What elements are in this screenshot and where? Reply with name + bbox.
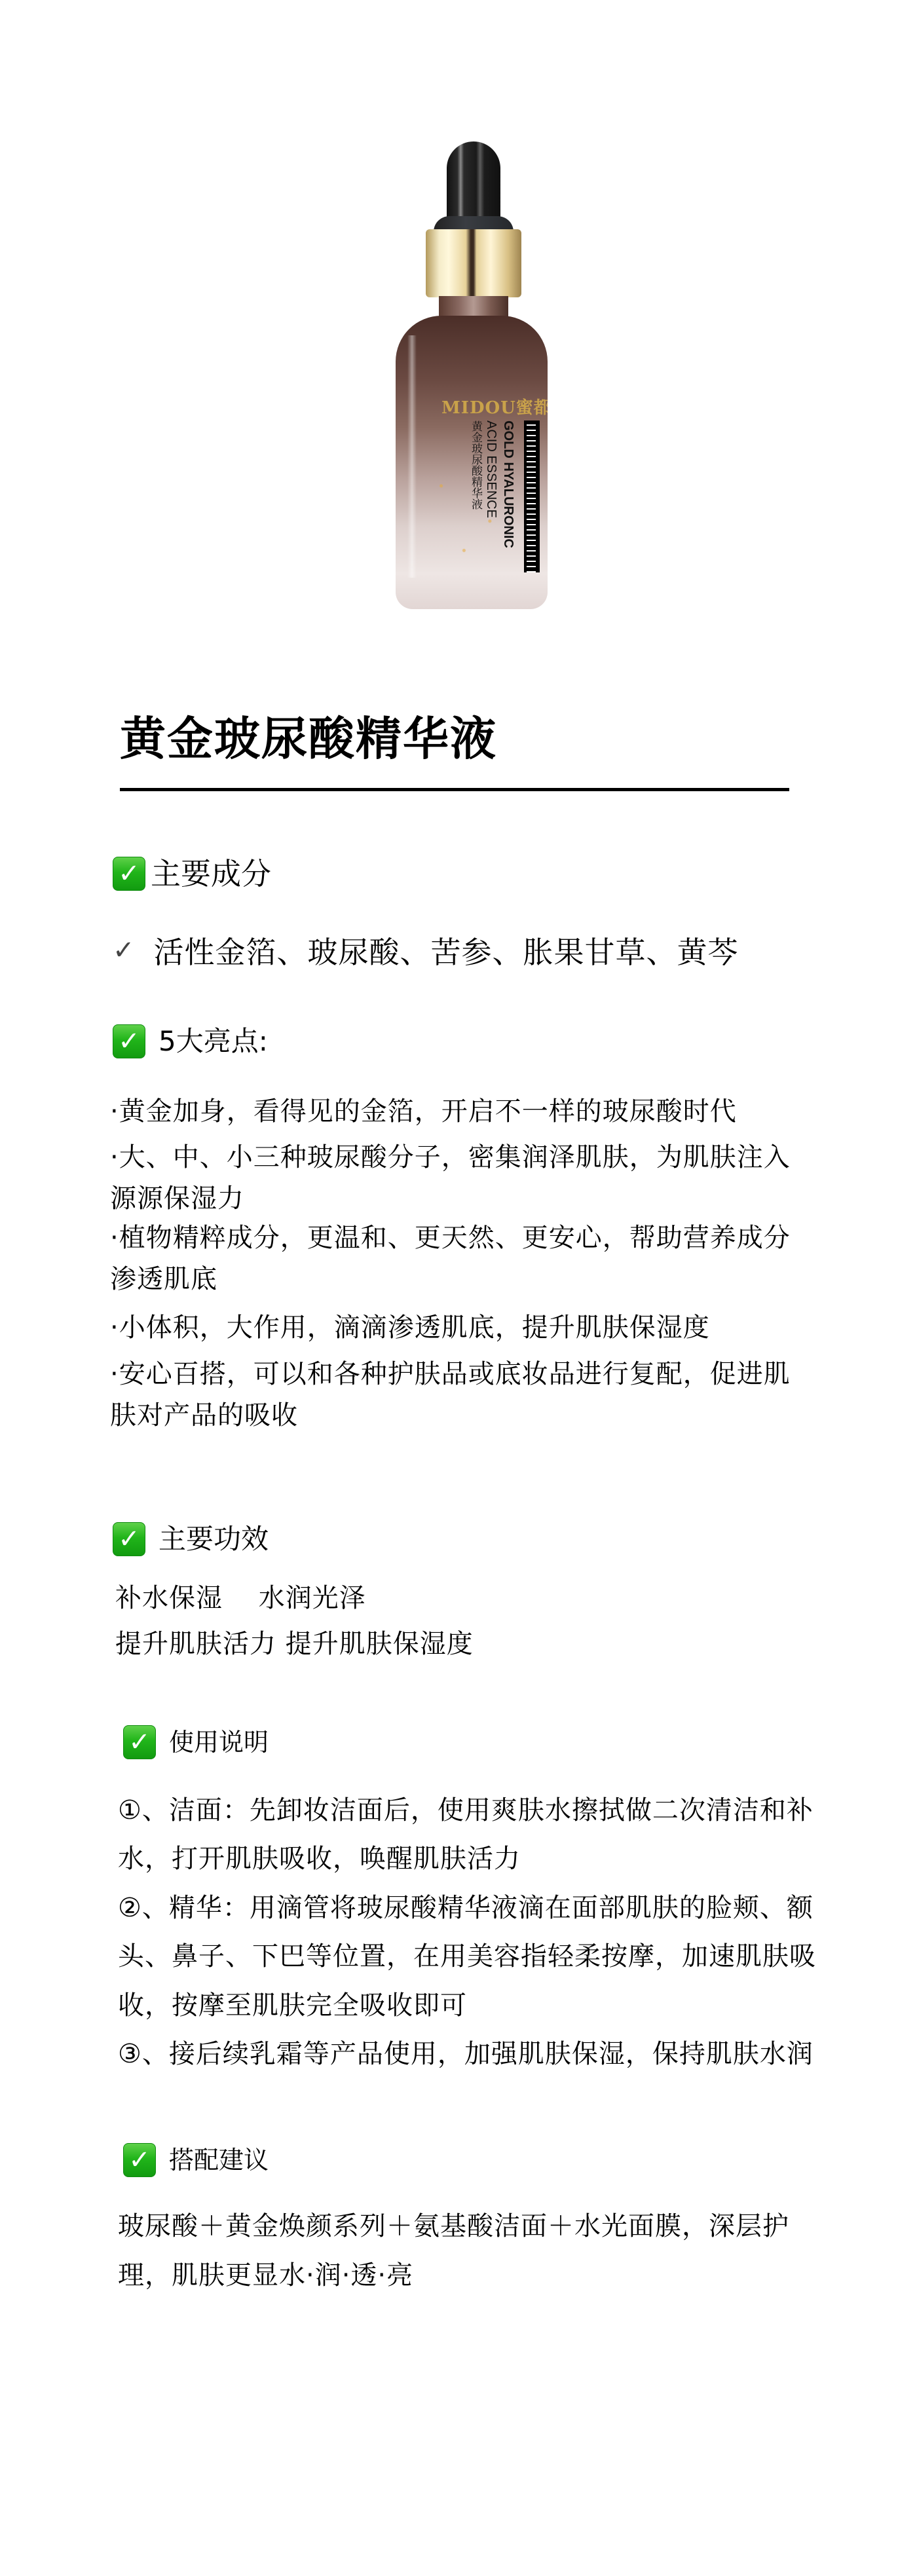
- section-heading-label: 搭配建议: [169, 2142, 269, 2178]
- section-heading-usage: ✓ 使用说明: [123, 1724, 269, 1761]
- green-check-icon: ✓: [113, 857, 145, 891]
- checkmark-icon: ✓: [113, 935, 136, 965]
- section-heading-label: 5大亮点:: [159, 1023, 268, 1060]
- highlight-line: ·小体积，大作用，滴滴渗透肌底，提升肌肤保湿度: [110, 1312, 710, 1343]
- section-heading-highlights: ✓ 5大亮点:: [113, 1023, 268, 1060]
- highlight-line: ·安心百搭，可以和各种护肤品或底妆品进行复配，促进肌: [110, 1358, 791, 1390]
- effects-line: 补水保湿 水润光泽: [115, 1582, 366, 1614]
- section-heading-label: 使用说明: [169, 1724, 269, 1761]
- highlight-line: 源源保湿力: [110, 1183, 244, 1214]
- highlight-line: ·大、中、小三种玻尿酸分子，密集润泽肌肤，为肌肤注入: [110, 1142, 791, 1173]
- bottle-ruler-graphic: [524, 420, 540, 572]
- page-title: 黄金玻尿酸精华液: [120, 713, 497, 765]
- brand-logo: MIDOU蜜都®: [441, 394, 548, 419]
- effects-line: 提升肌肤活力 提升肌肤保湿度: [115, 1628, 474, 1660]
- usage-line: ③、接后续乳霜等产品使用，加强肌肤保湿，保持肌肤水润: [118, 2038, 814, 2070]
- green-check-icon: ✓: [123, 2143, 156, 2177]
- section-heading-label: 主要功效: [159, 1521, 269, 1558]
- usage-line: ①、洁面：先卸妆洁面后，使用爽肤水擦拭做二次清洁和补: [118, 1795, 814, 1826]
- section-heading-effects: ✓ 主要功效: [113, 1521, 269, 1558]
- gold-collar: [426, 229, 521, 297]
- bottle-label-en-2: ACID ESSENCE: [483, 420, 498, 518]
- ingredients-list: ✓ 活性金箔、玻尿酸、苦参、胀果甘草、黄芩: [113, 929, 739, 972]
- dropper-bulb: [447, 141, 500, 227]
- usage-line: 水，打开肌肤吸收，唤醒肌肤活力: [118, 1843, 521, 1875]
- title-divider: [120, 788, 789, 791]
- usage-line: 头、鼻子、下巴等位置，在用美容指轻柔按摩，加速肌肤吸: [118, 1941, 816, 1972]
- pairing-line: 玻尿酸＋黄金焕颜系列＋氨基酸洁面＋水光面膜，深层护: [118, 2211, 789, 2242]
- highlight-line: ·黄金加身，看得见的金箔，开启不一样的玻尿酸时代: [110, 1096, 737, 1127]
- section-heading-ingredients: ✓ 主要成分: [113, 855, 271, 892]
- green-check-icon: ✓: [123, 1725, 156, 1759]
- highlight-line: 渗透肌底: [110, 1263, 217, 1295]
- green-check-icon: ✓: [113, 1522, 145, 1556]
- ingredients-text: 活性金箔、玻尿酸、苦参、胀果甘草、黄芩: [154, 929, 739, 972]
- bottle-label-cn: 黄金玻尿酸精华液: [468, 420, 484, 510]
- bottle-body: MIDOU蜜都® GOLD HYALURONIC ACID ESSENCE 黄金…: [396, 316, 548, 609]
- usage-line: ②、精华：用滴管将玻尿酸精华液滴在面部肌肤的脸颊、额: [118, 1892, 814, 1924]
- section-heading-label: 主要成分: [151, 855, 271, 892]
- bottle-label-en-1: GOLD HYALURONIC: [500, 420, 515, 548]
- product-image: MIDOU蜜都® GOLD HYALURONIC ACID ESSENCE 黄金…: [367, 124, 576, 622]
- highlight-line: 肤对产品的吸收: [110, 1400, 298, 1431]
- section-heading-pairing: ✓ 搭配建议: [123, 2142, 269, 2178]
- highlight-line: ·植物精粹成分，更温和、更天然、更安心，帮助营养成分: [110, 1222, 791, 1254]
- green-check-icon: ✓: [113, 1024, 145, 1058]
- pairing-line: 理，肌肤更显水·润·透·亮: [118, 2260, 413, 2291]
- usage-line: 收，按摩至肌肤完全吸收即可: [118, 1990, 467, 2021]
